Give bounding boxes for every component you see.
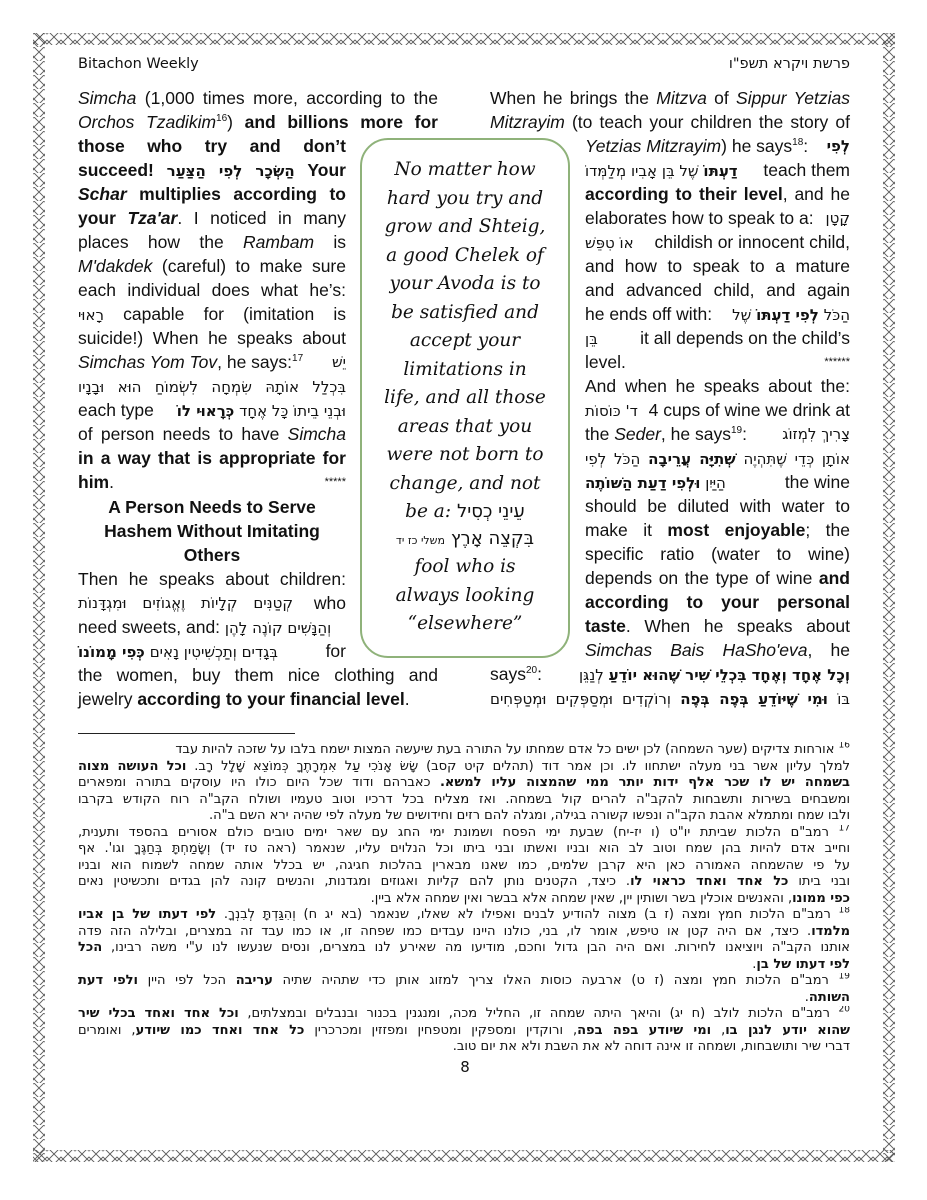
footnote-number: 17 (839, 825, 850, 834)
hebrew-text: רָאוּי (78, 306, 104, 324)
hebrew-text: אוֹ טִפֵּשׁ (585, 234, 634, 252)
pull-quote-line: a good Chelek of (360, 242, 570, 271)
body-line: רָאוּי capable for (imitation is (78, 302, 346, 326)
text: ) he says (721, 136, 792, 156)
text: ולבו שמח ומתמלא אהבת הקב"ה ונפשו קשורה ב… (209, 808, 850, 823)
text: elaborates how to speak to a: (585, 208, 814, 228)
body-line: דַעְתּוֹ שֶׁל בֵּן אָבִיו מְלַמְּדוֹ tea… (585, 158, 850, 182)
footnote-line: על פי שהשמחה האמורה כאן היא קרבן שלמים, … (78, 858, 850, 875)
hebrew-text: בִּכְלַל אוֹתָהּ שִׂמְחָה לִשְׂמוֹחַ הוּ… (78, 378, 346, 396)
hebrew-text: הַשְּׂכָר לְפִי הַצַּעַר (167, 162, 295, 180)
hebrew-text: וְרוֹקְדִים וּמְסַפְּקִים וּמְטַפְּחִים (490, 690, 671, 708)
body-line: הַיַּיִן וּלְפִי דַעַת הַשּׁוֹתֶה the wi… (585, 470, 850, 494)
body-line: places how the Rambam is (78, 230, 346, 254)
text: jewelry (78, 689, 137, 709)
body-line: Then he speaks about children: (78, 567, 346, 591)
text: is (314, 232, 346, 252)
body-line: Yetzias Mitzrayim) he says18: לְפִי (585, 134, 850, 158)
text: . (109, 472, 114, 492)
footnote-line: לפי דעתו של בן. (78, 957, 850, 974)
text: make it (585, 520, 667, 540)
text: (1,000 times more, according to the (136, 88, 438, 108)
body-line: your Tza'ar. I noticed in many (78, 206, 346, 230)
body-line: says20: וְכָל אֶחָד וְאֶחָד בִּכְלֵי שִׁ… (490, 662, 850, 686)
footnote-number: 16 (839, 742, 850, 751)
text: רמב"ם הלכות חמץ ומצה (ז ט) ארבעה כוסות ה… (273, 973, 839, 988)
hebrew-text: לְנַגֵּן (579, 666, 604, 684)
hebrew-text-bold: כְּרָאוּי לוֹ (177, 402, 234, 420)
text: Mitzrayim (490, 112, 565, 132)
body-line: Simchas Yom Tov, he says:17 יֵשׁ (78, 350, 346, 374)
footnote-ref-19[interactable]: 19 (731, 425, 742, 436)
text: : (803, 136, 808, 156)
text: M'dakdek (78, 256, 152, 276)
footnote-line: וחייב אדם להיות בהן שמח וטוב לב הוא ובני… (78, 841, 850, 858)
footnote-number: 20 (839, 1006, 850, 1015)
footnote-ref-18[interactable]: 18 (792, 137, 803, 148)
footnote-17: 17 רמב"ם הלכות שביתת יו"ט (ו יז-יח) שבעת… (78, 825, 850, 842)
text: the women, buy them nice clothing and (78, 665, 438, 685)
footnote-line: כפי ממונו, והאנשים אוכלין בשר ושותין יין… (78, 891, 850, 908)
page-border-bottom (33, 1150, 895, 1162)
body-line: אוֹ טִפֵּשׁ childish or innocent child, (585, 230, 850, 254)
body-line: suicide!) When he speaks about (78, 326, 346, 350)
hebrew-text: הַכֹּל (824, 306, 850, 324)
hebrew-text: הַיַּיִן (705, 474, 726, 492)
text: ומי שיודע בפה בפה (577, 1023, 711, 1038)
text: למלך עליון אשר בני מעלה ישתחוו לו. וכן א… (186, 759, 850, 774)
body-line: him. ***** (78, 470, 346, 494)
text: רמב"ם הלכות לולב (ח יג) והיאך היתה שמחה … (239, 1006, 839, 1021)
pull-quote-line: always looking (360, 582, 570, 611)
body-line: level. ****** (585, 350, 850, 374)
text: Sippur Yetzias (736, 88, 850, 108)
text: אותנו הקב"ה ויוציאנו לחירות. ואם היה הבן… (102, 940, 850, 955)
text: the (585, 424, 614, 444)
hebrew-text-bold: דַעְתּוֹ (703, 162, 737, 180)
text: , והאנשים אוכלין בשר ושותין יין, שאין שמ… (371, 891, 793, 906)
text: Yetzias Mitzrayim (585, 136, 721, 156)
text: : (742, 424, 747, 444)
body-line: M'dakdek (careful) to make sure (78, 254, 346, 278)
text: And when he speaks about the: (585, 376, 850, 396)
text: places how the (78, 232, 243, 252)
body-line: jewelry according to your financial leve… (78, 687, 438, 711)
hebrew-text: בִּקְצֵה אָרֶץ (451, 528, 534, 549)
header-parsha: פרשת ויקרא תשפ"ו (729, 56, 850, 72)
body-line: should be diluted with water to (585, 494, 850, 518)
text: לפי דעתו של בן אביו (78, 907, 216, 922)
body-line: according to their level, and he (585, 182, 850, 206)
text: ומשבחים בשירות ותשבחות להקב"ה להרים קול … (78, 792, 850, 807)
footnote-line: בשמחה יש לו שכר אלף ידות יותר ממי שהמצוה… (78, 775, 850, 792)
pull-quote-line: your Avoda is to (360, 270, 570, 299)
pull-quote-line: change, and not (360, 470, 570, 499)
body-line: and advanced child, and again (585, 278, 850, 302)
text: . כיצד, הקטנים נותן להם קליות ואגוזים ומ… (78, 874, 630, 889)
text: of (707, 88, 736, 108)
text: specific ratio (water to wine) (585, 544, 850, 564)
pull-quote-line: בִּקְצֵה אָרֶץ משלי כז יד (360, 525, 570, 556)
text: Seder (614, 424, 661, 444)
text: . כיצד, אם היה קטן או טיפש, אומר לו, בני… (78, 924, 811, 939)
text: , he (808, 640, 850, 660)
text: childish or innocent child, (654, 230, 850, 254)
hebrew-text-bold: לְפִי דַעְתּוֹ (756, 306, 819, 324)
text: . (405, 689, 410, 709)
footnote-ref-16[interactable]: 16 (216, 113, 227, 124)
text: (careful) to make sure (152, 256, 346, 276)
text: לפי דעתו של בן (756, 957, 850, 972)
text: each individual does what he’s: (78, 280, 346, 300)
text: Your (295, 160, 346, 180)
pull-quote-line: be a: עֵינֵי כְסִיל (360, 498, 570, 527)
body-line: depends on the type of wine and (585, 566, 850, 590)
text: in a way that is appropriate for (78, 448, 346, 468)
text: רמב"ם הלכות חמץ ומצה (ז ב) מצוה להודיע ל… (216, 907, 838, 922)
hebrew-text: קְטַנִּים קְלָיוֹת וֶאֱגוֹזִים וּמִגְדָּ… (78, 591, 293, 615)
pull-quote-line: hard you try and (360, 185, 570, 214)
hebrew-text: שֶׁל בֵּן אָבִיו מְלַמְּדוֹ (585, 162, 699, 180)
text: כאברהם ודוד שכל היום כולו היו עוסקים בתו… (78, 775, 440, 790)
hebrew-text: בּוֹ (837, 690, 850, 708)
body-line: And when he speaks about the: (585, 374, 850, 398)
body-line: בְּגָדִים וְתַכְשִׁיטִין נָאִים כְּפִי מ… (78, 639, 346, 663)
text: need sweets, and: (78, 617, 225, 637)
text: ; the (805, 520, 850, 540)
body-line: each type וּבְנֵי בֵיתוֹ כָּל אֶחָד כְּר… (78, 398, 346, 422)
body-line: בֵּן it all depends on the child’s (585, 326, 850, 350)
text: according to their level (585, 184, 783, 204)
pull-quote-line: “elsewhere” (360, 610, 570, 639)
body-line: the Seder, he says19: צָרִיךְ לִמְזוֹג (585, 422, 850, 446)
hebrew-text: קָטָן (826, 206, 850, 230)
hebrew-text: בְּגָדִים וְתַכְשִׁיטִין נָאִים (150, 643, 278, 661)
footnote-line: ולבו שמח ומתמלא אהבת הקב"ה ונפשו קשורה ב… (78, 808, 850, 825)
text: על פי שהשמחה האמורה כאן היא קרבן שלמים, … (78, 858, 850, 873)
hebrew-text: יֵשׁ (332, 350, 346, 374)
footnote-20: 20 רמב"ם הלכות לולב (ח יג) והיאך היתה שמ… (78, 1006, 850, 1023)
body-line: ד' כּוֹסוֹת 4 cups of wine we drink at (585, 398, 850, 422)
text: כל אחד ואחד כראוי לו (630, 874, 788, 889)
body-line: Orchos Tzadikim16) and billions more for (78, 110, 438, 134)
hebrew-text: צָרִיךְ לִמְזוֹג (782, 422, 850, 446)
heading-line: Others (78, 543, 346, 567)
footnote-number: 19 (839, 973, 850, 982)
page-number: 8 (455, 1058, 475, 1076)
hebrew-text-bold: שְׁתִיָּה עֲרֵיבָה (648, 450, 735, 468)
body-line: Mitzrayim (to teach your children the st… (490, 110, 850, 134)
text: When he brings the (490, 88, 656, 108)
text: , he says (661, 424, 731, 444)
body-line: succeed! הַשְּׂכָר לְפִי הַצַּעַר Your (78, 158, 346, 182)
text: . I noticed in many (177, 208, 346, 228)
text: דברי שיר ותושבחות, ושמחה זו אינה דוחה לא… (453, 1039, 850, 1054)
text: ) (227, 112, 244, 132)
text: it all depends on the child’s (640, 326, 850, 350)
body-line: בִּכְלַל אוֹתָהּ שִׂמְחָה לִשְׂמוֹחַ הוּ… (78, 374, 346, 398)
text: וכל העושה מצוה (78, 759, 186, 774)
text: each type (78, 398, 154, 422)
hebrew-text: עֵינֵי כְסִיל (457, 501, 525, 522)
text: , and he (783, 184, 850, 204)
page-border-right (883, 33, 895, 1162)
text: capable for (imitation is (104, 304, 346, 324)
body-line: taste. When he speaks about (585, 614, 850, 638)
text: taste (585, 616, 626, 636)
footnote-line: שהוא יודע לנגן בו, ומי שיודע בפה בפה, ור… (78, 1023, 850, 1040)
text: וכל אחד ואחד בכלי שיר (78, 1006, 239, 1021)
pull-quote-line: life, and all those (360, 384, 570, 413)
text: ובני ביתו (788, 874, 850, 889)
footnote-line: השותה. (78, 990, 850, 1007)
section-separator-stars: ***** (325, 470, 346, 494)
text: Orchos Tzadikim (78, 112, 216, 132)
text: רמב"ם הלכות שביתת יו"ט (ו יז-יח) שבעת ימ… (78, 825, 839, 840)
footnote-line: ומשבחים בשירות ותשבחות להקב"ה להרים קול … (78, 792, 850, 809)
text: , ורוקדין ומספקין ומטפחין ומפזזין ומכרכר… (304, 1023, 577, 1038)
text: אורחות צדיקים (שער השמחה) לכן ישים כל אד… (175, 742, 838, 757)
text: Simcha (78, 88, 136, 108)
text: most enjoyable (667, 520, 805, 540)
body-line: make it most enjoyable; the (585, 518, 850, 542)
hebrew-text: וּבְנֵי בֵיתוֹ כָּל אֶחָד (239, 402, 346, 420)
text: Then he speaks about children: (78, 569, 346, 589)
hebrew-text: בֵּן (585, 330, 598, 348)
hebrew-text-bold: לְפִי (827, 134, 850, 158)
text: who (314, 591, 346, 615)
pull-quote-line: be satisfied and (360, 299, 570, 328)
text: שהוא יודע לנגן בו (725, 1023, 850, 1038)
footnote-16: 16 אורחות צדיקים (שער השמחה) לכן ישים כל… (78, 742, 850, 759)
hebrew-text-bold: וּלְפִי דַעַת הַשּׁוֹתֶה (585, 474, 700, 492)
text: Rambam (243, 232, 314, 252)
text: וחייב אדם להיות בהן שמח וטוב לב הוא ובני… (78, 841, 850, 856)
body-line: When he brings the Mitzva of Sippur Yetz… (490, 86, 850, 110)
footnote-19: 19 רמב"ם הלכות חמץ ומצה (ז ט) ארבעה כוסו… (78, 973, 850, 990)
section-separator-stars: ****** (824, 350, 850, 374)
body-line: the women, buy them nice clothing and (78, 663, 438, 687)
pull-quote-line: areas that you (360, 413, 570, 442)
page-border-top (33, 33, 895, 45)
heading-line: Hashem Without Imitating (78, 519, 346, 543)
text: כל אחד ואחד כמו שיודע (136, 1023, 305, 1038)
body-line: of person needs to have Simcha (78, 422, 346, 446)
text: עריבה (236, 973, 273, 988)
footnote-line: אותנו הקב"ה ויוציאנו לחירות. ואם היה הבן… (78, 940, 850, 957)
text: of person needs to have (78, 424, 288, 444)
hebrew-text-bold: וּמִי שֶׁיּוֹדֵעַ בְּפֶה בְּפֶה (680, 690, 828, 708)
text: says (490, 664, 526, 684)
body-line: Schar multiplies according to (78, 182, 346, 206)
text: . When he speaks about (626, 616, 850, 636)
text: כפי ממונו (792, 891, 850, 906)
text: השותה (809, 990, 850, 1005)
body-line: according to your personal (585, 590, 850, 614)
hebrew-text: ד' כּוֹסוֹת (585, 402, 638, 420)
body-line: and how to speak to a mature (585, 254, 850, 278)
body-line: need sweets, and: וְהַנָּשִׁים קוֹנֶה לָ… (78, 615, 346, 639)
section-heading: A Person Needs to Serve Hashem Without I… (78, 495, 346, 567)
footnote-line: למלך עליון אשר בני מעלה ישתחוו לו. וכן א… (78, 759, 850, 776)
pull-quote-line: were not born to (360, 441, 570, 470)
body-line: אוֹתָן כְּדֵי שֶׁתִּהְיֶה שְׁתִיָּה עֲרֵ… (585, 446, 850, 470)
text: מלמדו (811, 924, 850, 939)
hebrew-text-bold: וְכָל אֶחָד וְאֶחָד בִּכְלֵי שִׁיר שֶׁהו… (609, 666, 850, 684)
body-line: elaborates how to speak to a: קָטָן (585, 206, 850, 230)
heading-line: A Person Needs to Serve (78, 495, 346, 519)
pull-quote-line: No matter how (360, 156, 570, 185)
hebrew-text-bold: כְּפִי מָמוֹנוֹ (78, 643, 145, 661)
body-line: specific ratio (water to wine) (585, 542, 850, 566)
text: Tza'ar (127, 208, 177, 228)
pull-quote-line: grow and Shteig, (360, 213, 570, 242)
text: ולפי דעת (78, 973, 138, 988)
source-citation: משלי כז יד (396, 534, 445, 547)
text: , ואומרים (78, 1023, 136, 1038)
text: according to your personal (585, 592, 850, 612)
body-line: each individual does what he’s: (78, 278, 346, 302)
text: depends on the type of wine (585, 568, 819, 588)
text: should be diluted with water to (585, 496, 850, 516)
text: Mitzva (656, 88, 707, 108)
text: הכל לפי היין (138, 973, 236, 988)
footnote-18: 18 רמב"ם הלכות חמץ ומצה (ז ב) מצוה להודי… (78, 907, 850, 924)
text: , (711, 1023, 725, 1038)
pull-quote-line: accept your (360, 327, 570, 356)
text: 4 cups of wine we drink at (649, 398, 850, 422)
text: (to teach your children the story of (565, 112, 850, 132)
body-line: בּוֹ וּמִי שֶׁיּוֹדֵעַ בְּפֶה בְּפֶה וְר… (490, 686, 850, 710)
text: succeed! (78, 160, 167, 180)
page-border-left (33, 33, 45, 1162)
text: multiplies according to (127, 184, 346, 204)
body-line: Simchas Bais HaSho'eva, he (585, 638, 850, 662)
text: הכל (78, 940, 102, 955)
hebrew-text: שֶׁל (732, 306, 751, 324)
text: teach them (763, 158, 850, 182)
text: him (78, 472, 109, 492)
text: Simcha (288, 424, 346, 444)
body-line: Simcha (1,000 times more, according to t… (78, 86, 438, 110)
pull-quote-line: fool who is (360, 553, 570, 582)
text: according to your financial level (137, 689, 404, 709)
footnote-line: ובני ביתו כל אחד ואחד כראוי לו. כיצד, הק… (78, 874, 850, 891)
footnote-ref-17[interactable]: 17 (292, 353, 303, 364)
text: and how to speak to a mature (585, 256, 850, 276)
header-publication-title: Bitachon Weekly (78, 56, 199, 72)
footnote-number: 18 (839, 907, 850, 916)
body-line: those who try and don’t (78, 134, 346, 158)
hebrew-text: הַכֹּל לְפִי (585, 450, 640, 468)
footnote-ref-20[interactable]: 20 (526, 665, 537, 676)
text: , he says: (217, 352, 292, 372)
text: and (819, 568, 850, 588)
text: for (326, 639, 346, 663)
text: be a: (405, 501, 457, 522)
body-line: in a way that is appropriate for (78, 446, 346, 470)
text: your (78, 208, 127, 228)
text: and billions more for (245, 112, 438, 132)
text: level. (585, 352, 626, 372)
text: suicide!) When he speaks about (78, 328, 346, 348)
text: Schar (78, 184, 127, 204)
footnote-separator (78, 733, 295, 734)
hebrew-text: אוֹתָן כְּדֵי שֶׁתִּהְיֶה (743, 450, 850, 468)
text: the wine (785, 470, 850, 494)
text: : (537, 664, 542, 684)
text: and advanced child, and again (585, 280, 850, 300)
pull-quote-line: limitations in (360, 356, 570, 385)
hebrew-text: וְהַנָּשִׁים קוֹנֶה לָהֶן (225, 619, 331, 637)
text: Simchas Yom Tov (78, 352, 217, 372)
text: he ends off with: (585, 304, 712, 324)
text: בשמחה יש לו שכר אלף ידות יותר ממי שהמצוה… (440, 775, 850, 790)
footnote-line: דברי שיר ותושבחות, ושמחה זו אינה דוחה לא… (78, 1039, 850, 1056)
body-line: he ends off with: הַכֹּל לְפִי דַעְתּוֹ … (585, 302, 850, 326)
footnote-line: מלמדו. כיצד, אם היה קטן או טיפש, אומר לו… (78, 924, 850, 941)
text: those who try and don’t (78, 136, 346, 156)
text: Simchas Bais HaSho'eva (585, 640, 808, 660)
body-line: קְטַנִּים קְלָיוֹת וֶאֱגוֹזִים וּמִגְדָּ… (78, 591, 346, 615)
